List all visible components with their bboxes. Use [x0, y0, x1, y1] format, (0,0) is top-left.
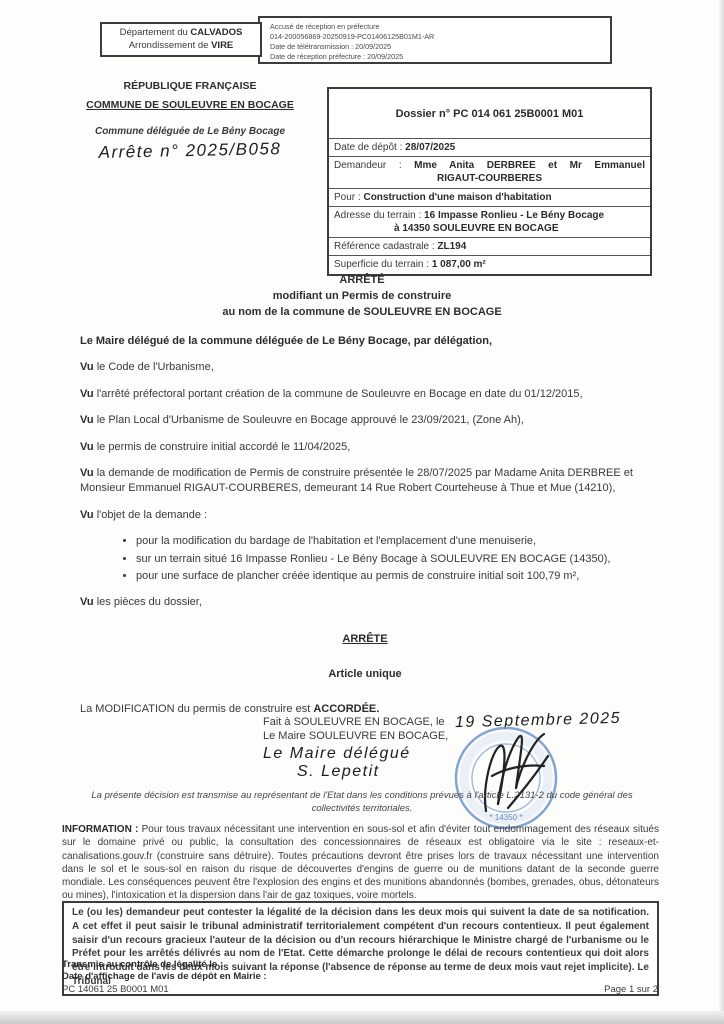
vu-paragraph-7: Vu les pièces du dossier,	[80, 595, 650, 610]
heading-line-1: ARRÊTÉ	[0, 273, 724, 289]
arrete-main-heading: ARRÊTÉ modifiant un Permis de construire…	[0, 273, 724, 321]
heading-line-3: au nom de la commune de SOULEUVRE EN BOC…	[0, 305, 724, 321]
body-text: Le Maire délégué de la commune déléguée …	[80, 334, 650, 729]
page-number: Page 1 sur 2	[604, 984, 658, 995]
dossier-row-adresse: Adresse du terrain : 16 Impasse Ronlieu …	[329, 206, 650, 237]
footer-block: Transmis au contrôle de légalité le : Da…	[62, 959, 267, 996]
scan-edge-right	[719, 0, 724, 1024]
dossier-row-demandeur: Demandeur : Mme Anita DERBREE et Mr Emma…	[329, 156, 650, 187]
article-unique-heading: Article unique	[80, 667, 650, 682]
bullet-item-3: pour une surface de plancher créée ident…	[136, 569, 650, 584]
vu-paragraph-1: Vu le Code de l'Urbanisme,	[80, 360, 650, 375]
demandeur-line-1: Demandeur : Mme Anita DERBREE et Mr Emma…	[334, 159, 645, 172]
ack-line-4: Date de réception préfecture : 20/09/202…	[270, 52, 604, 62]
vu-paragraph-3: Vu le Plan Local d'Urbanisme de Souleuvr…	[80, 413, 650, 428]
scan-edge-bottom	[0, 1011, 724, 1024]
bullet-item-2: sur un terrain situé 16 Impasse Ronlieu …	[136, 552, 650, 567]
reception-ack-box: Accusé de réception en préfecture 014-20…	[258, 16, 612, 64]
adresse-line-2: à 14350 SOULEUVRE EN BOCAGE	[394, 222, 645, 235]
footer-transmis-line: Transmis au contrôle de légalité le :	[62, 959, 267, 971]
dossier-number: Dossier n° PC 014 061 25B0001 M01	[329, 89, 650, 138]
commune-title: COMMUNE DE SOULEUVRE EN BOCAGE	[60, 99, 320, 111]
republique-title: RÉPUBLIQUE FRANÇAISE	[60, 80, 320, 92]
demande-bullet-list: pour la modification du bardage de l'hab…	[136, 534, 650, 584]
dossier-row-pour: Pour : Construction d'une maison d'habit…	[329, 188, 650, 206]
ack-line-1: Accusé de réception en préfecture	[270, 22, 604, 32]
adresse-line-1: Adresse du terrain : 16 Impasse Ronlieu …	[334, 209, 645, 222]
footer-affichage-line: Date d'affichage de l'avis de dépôt en M…	[62, 971, 267, 983]
arrete-section-heading: ARRÊTE	[80, 632, 650, 647]
dossier-row-reference: Référence cadastrale : ZL194	[329, 237, 650, 255]
ack-line-3: Date de télétransmission : 20/09/2025	[270, 42, 604, 52]
department-line: Département du CALVADOS	[102, 27, 260, 40]
transmittal-note: La présente décision est transmise au re…	[70, 789, 654, 816]
vu-paragraph-4: Vu le permis de construire initial accor…	[80, 440, 650, 455]
bullet-item-1: pour la modification du bardage de l'hab…	[136, 534, 650, 549]
demandeur-line-2: RIGAUT-COURBERES	[334, 172, 645, 185]
vu-paragraph-6: Vu l'objet de la demande :	[80, 508, 650, 523]
information-paragraph: INFORMATION : Pour tous travaux nécessit…	[62, 823, 659, 903]
handwritten-arrete-number: Arrête n° 2025/B058	[60, 138, 320, 163]
dossier-info-box: Dossier n° PC 014 061 25B0001 M01 Date d…	[327, 87, 652, 276]
footer-dossier-ref: PC 14061 25 B0001 M01	[62, 984, 267, 996]
document-page: Département du CALVADOS Arrondissement d…	[0, 0, 724, 1024]
intro-paragraph: Le Maire délégué de la commune déléguée …	[80, 334, 650, 349]
vu-paragraph-5: Vu la demande de modification de Permis …	[80, 466, 650, 497]
municipal-stamp: * 14350 *	[448, 716, 568, 836]
commune-deleguee-subtitle: Commune déléguée de Le Bény Bocage	[60, 126, 320, 137]
left-title-block: RÉPUBLIQUE FRANÇAISE COMMUNE DE SOULEUVR…	[60, 80, 320, 161]
arrondissement-line: Arrondissement de VIRE	[102, 40, 260, 53]
vu-paragraph-2: Vu l'arrêté préfectoral portant création…	[80, 387, 650, 402]
dossier-row-depot: Date de dépôt : 28/07/2025	[329, 138, 650, 156]
stamp-icon: * 14350 *	[448, 716, 568, 836]
heading-line-2: modifiant un Permis de construire	[0, 289, 724, 305]
dossier-row-superficie: Superficie du terrain : 1 087,00 m²	[329, 255, 650, 273]
department-box: Département du CALVADOS Arrondissement d…	[100, 22, 262, 57]
ack-line-2: 014-200056869-20250919-PC01406125B01M1-A…	[270, 32, 604, 42]
